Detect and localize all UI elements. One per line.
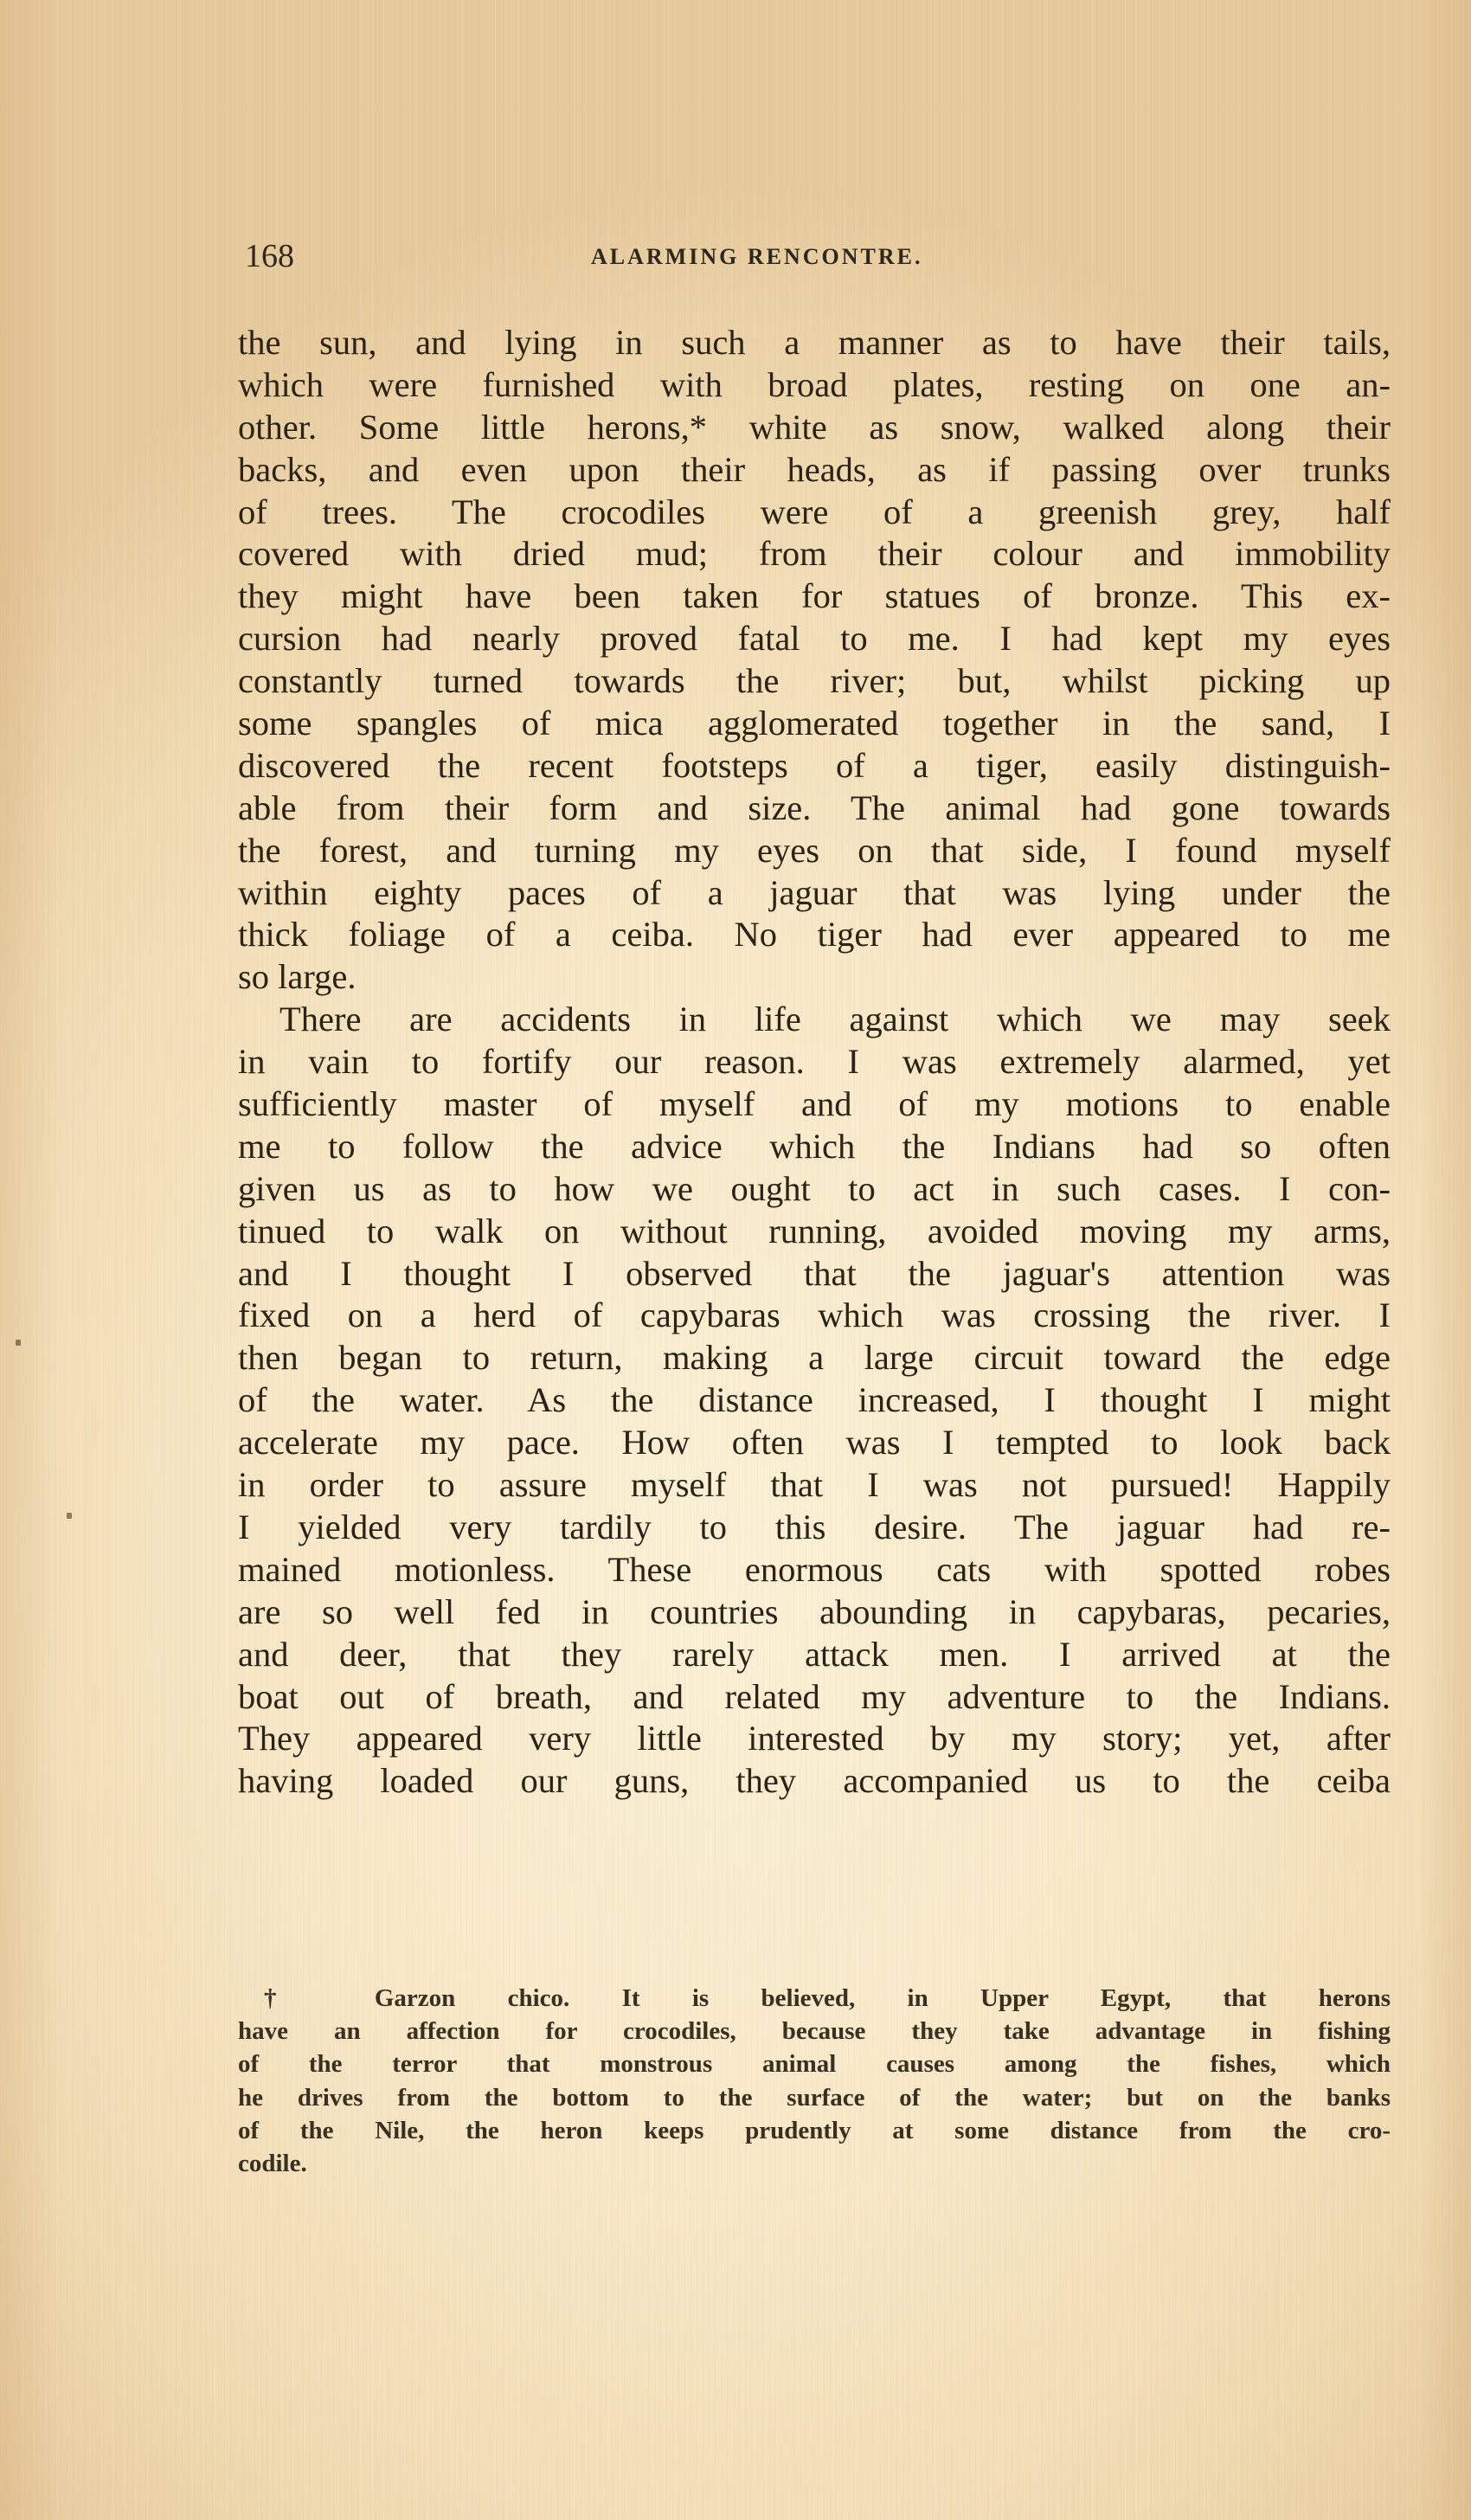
text-line: in order to assure myself that I was not… (238, 1464, 1391, 1507)
text-line: sufficiently master of myself and of my … (238, 1083, 1391, 1126)
text-line: constantly turned towards the river; but… (238, 660, 1391, 703)
text-line: covered with dried mud; from their colou… (238, 533, 1391, 575)
paragraph-end-line: so large. (238, 956, 1391, 999)
text-line: some spangles of mica agglomerated toget… (238, 703, 1391, 745)
text-line: in vain to fortify our reason. I was ext… (238, 1041, 1391, 1083)
text-line: which were furnished with broad plates, … (238, 364, 1391, 407)
text-line: then began to return, making a large cir… (238, 1337, 1391, 1379)
text-line: thick foliage of a ceiba. No tiger had e… (238, 914, 1391, 956)
margin-speck (67, 1513, 72, 1519)
page-gutter-shadow (0, 0, 61, 2520)
text-line: cursion had nearly proved fatal to me. I… (238, 618, 1391, 660)
text-line: the sun, and lying in such a manner as t… (238, 322, 1391, 364)
text-line: I yielded very tardily to this desire. T… (238, 1507, 1391, 1549)
text-line: the forest, and turning my eyes on that … (238, 830, 1391, 872)
text-line: fixed on a herd of capybaras which was c… (238, 1295, 1391, 1337)
text-line: They appeared very little interested by … (238, 1718, 1391, 1760)
text-line: able from their form and size. The anima… (238, 787, 1391, 830)
text-line: they might have been taken for statues o… (238, 575, 1391, 618)
footnote-line: of the terror that monstrous animal caus… (238, 2047, 1391, 2080)
text-line: of trees. The crocodiles were of a green… (238, 492, 1391, 534)
body-text: the sun, and lying in such a manner as t… (238, 322, 1391, 1803)
text-line: mained motionless. These enormous cats w… (238, 1549, 1391, 1591)
page-edge-shadow (1419, 0, 1471, 2520)
running-title: ALARMING RENCONTRE. (591, 244, 922, 270)
footnote-line: have an affection for crocodiles, becaus… (238, 2015, 1391, 2047)
text-line: within eighty paces of a jaguar that was… (238, 872, 1391, 915)
text-line: having loaded our guns, they accompanied… (238, 1760, 1391, 1803)
margin-speck (16, 1340, 21, 1346)
text-line: are so well fed in countries abounding i… (238, 1591, 1391, 1634)
running-head: 168 ALARMING RENCONTRE. (238, 237, 1391, 280)
text-line: and I thought I observed that the jaguar… (238, 1253, 1391, 1295)
footnote-line: † Garzon chico. It is believed, in Upper… (238, 1982, 1391, 2015)
footnote-line: codile. (238, 2147, 1391, 2180)
text-line: me to follow the advice which the Indian… (238, 1126, 1391, 1168)
text-line: discovered the recent footsteps of a tig… (238, 745, 1391, 787)
footnote-line: of the Nile, the heron keeps prudently a… (238, 2114, 1391, 2147)
page-number: 168 (245, 237, 294, 275)
footnote: † Garzon chico. It is believed, in Upper… (238, 1982, 1391, 2180)
text-line: and deer, that they rarely attack men. I… (238, 1634, 1391, 1676)
text-line: tinued to walk on without running, avoid… (238, 1211, 1391, 1253)
text-line: backs, and even upon their heads, as if … (238, 449, 1391, 492)
text-line: given us as to how we ought to act in su… (238, 1168, 1391, 1211)
paragraph-start-line: There are accidents in life against whic… (238, 999, 1391, 1041)
text-line: boat out of breath, and related my adven… (238, 1676, 1391, 1719)
text-line: accelerate my pace. How often was I temp… (238, 1422, 1391, 1464)
footnote-line: he drives from the bottom to the surface… (238, 2081, 1391, 2114)
text-line: other. Some little herons,* white as sno… (238, 407, 1391, 449)
text-line: of the water. As the distance increased,… (238, 1379, 1391, 1422)
